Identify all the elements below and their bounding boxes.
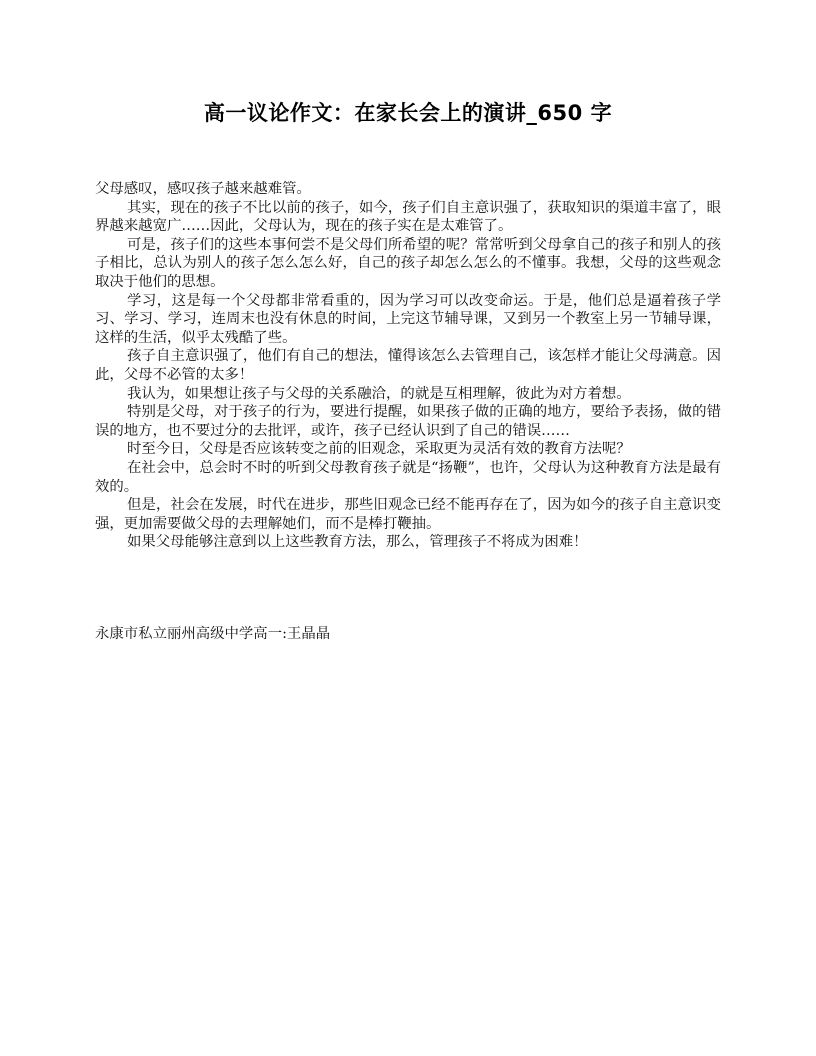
paragraph: 在社会中，总会时不时的听到父母教育孩子就是“扬鞭”，也许，父母认为这种教育方法是… [95,459,721,496]
document-title: 高一议论作文：在家长会上的演讲_650 字 [0,97,816,127]
paragraph: 可是，孩子们的这些本事何尝不是父母们所希望的呢？常常听到父母拿自己的孩子和别人的… [95,236,721,292]
paragraph: 特别是父母，对于孩子的行为，要进行提醒，如果孩子做的正确的地方，要给予表扬，做的… [95,403,721,440]
paragraph: 但是，社会在发展，时代在进步，那些旧观念已经不能再存在了，因为如今的孩子自主意识… [95,496,721,533]
paragraph: 时至今日，父母是否应该转变之前的旧观念，采取更为灵活有效的教育方法呢？ [95,440,721,459]
paragraph: 父母感叹，感叹孩子越来越难管。 [95,180,721,199]
paragraph: 其实，现在的孩子不比以前的孩子，如今，孩子们自主意识强了，获取知识的渠道丰富了，… [95,199,721,236]
document-body: 父母感叹，感叹孩子越来越难管。 其实，现在的孩子不比以前的孩子，如今，孩子们自主… [95,180,721,552]
paragraph: 学习，这是每一个父母都非常看重的，因为学习可以改变命运。于是，他们总是逼着孩子学… [95,292,721,348]
author-signature: 永康市私立丽州高级中学高一:王晶晶 [95,622,330,643]
paragraph: 如果父母能够注意到以上这些教育方法，那么，管理孩子不将成为困难！ [95,533,721,552]
paragraph: 我认为，如果想让孩子与父母的关系融洽，的就是互相理解，彼此为对方着想。 [95,385,721,404]
document-page: 高一议论作文：在家长会上的演讲_650 字 父母感叹，感叹孩子越来越难管。 其实… [0,0,816,1056]
paragraph: 孩子自主意识强了，他们有自己的想法，懂得该怎么去管理自己，该怎样才能让父母满意。… [95,347,721,384]
